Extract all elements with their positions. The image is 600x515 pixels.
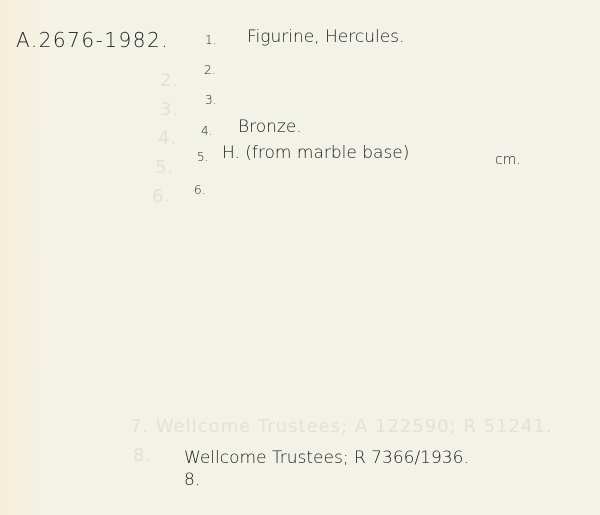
field-number: 4. xyxy=(201,124,212,138)
field-provenance: Wellcome Trustees; R 7366/1936. xyxy=(184,448,469,468)
show-through-num: 8. xyxy=(133,445,152,466)
field-object-name: Figurine, Hercules. xyxy=(247,27,404,47)
field-dimensions: H. (from marble base) xyxy=(222,143,409,163)
field-dimensions-unit: cm. xyxy=(495,152,521,168)
catalogue-card: 2. 3. 4. 5. 6. 7. Wellcome Trustees; A 1… xyxy=(0,0,600,515)
field-number: 3. xyxy=(205,93,216,107)
field-material: Bronze. xyxy=(238,117,302,137)
field-number: 6. xyxy=(194,183,205,197)
field-number: 2. xyxy=(204,63,215,77)
show-through-text: 7. Wellcome Trustees; A 122590; R 51241. xyxy=(130,416,553,437)
field-number: 8. xyxy=(184,470,200,490)
show-through-num: 5. xyxy=(155,157,174,178)
accession-number: A.2676-1982. xyxy=(16,28,169,52)
field-number: 5. xyxy=(197,150,208,164)
field-number: 1. xyxy=(205,33,216,47)
show-through-num: 3. xyxy=(160,99,179,120)
ruled-lines xyxy=(25,0,600,515)
show-through-num: 4. xyxy=(158,128,177,149)
show-through-num: 6. xyxy=(152,186,171,207)
show-through-num: 2. xyxy=(160,70,179,91)
